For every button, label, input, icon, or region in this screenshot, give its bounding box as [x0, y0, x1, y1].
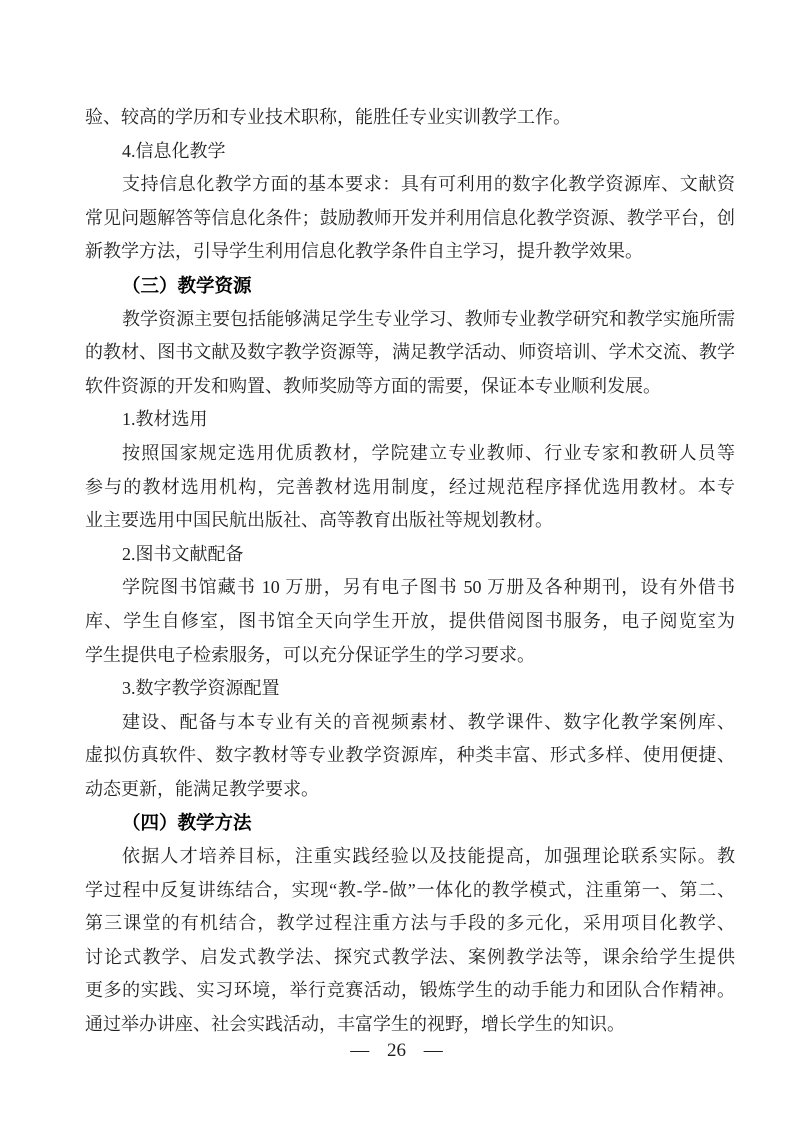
text-line: 学生提供电子检索服务，可以充分保证学生的学习要求。 [85, 639, 735, 673]
section-heading: （四）教学方法 [85, 806, 735, 840]
text-line: 验、较高的学历和专业技术职称，能胜任专业实训教学工作。 [85, 101, 735, 135]
text-line: 更多的实践、实习环境，举行竞赛活动，锻炼学生的动手能力和团队合作精神。 [85, 974, 735, 1008]
page-number: — 26 — [0, 1040, 793, 1062]
text-line: 按照国家规定选用优质教材，学院建立专业教师、行业专家和教研人员等 [85, 437, 735, 471]
document-body: 验、较高的学历和专业技术职称，能胜任专业实训教学工作。4.信息化教学支持信息化教… [85, 101, 735, 1042]
text-line: 动态更新，能满足教学要求。 [85, 773, 735, 807]
document-page: 验、较高的学历和专业技术职称，能胜任专业实训教学工作。4.信息化教学支持信息化教… [0, 0, 793, 1122]
text-line: 的教材、图书文献及数字教学资源等，满足教学活动、师资培训、学术交流、教学 [85, 336, 735, 370]
text-line: 学院图书馆藏书 10 万册，另有电子图书 50 万册及各种期刊，设有外借书 [85, 571, 735, 605]
text-line: 业主要选用中国民航出版社、高等教育出版社等规划教材。 [85, 504, 735, 538]
text-line: 库、学生自修室，图书馆全天向学生开放，提供借阅图书服务，电子阅览室为 [85, 605, 735, 639]
text-line: 支持信息化教学方面的基本要求：具有可利用的数字化教学资源库、文献资料、 [85, 168, 735, 202]
text-line: 软件资源的开发和购置、教师奖励等方面的需要，保证本专业顺利发展。 [85, 370, 735, 404]
text-line: 虚拟仿真软件、数字教材等专业教学资源库，种类丰富、形式多样、使用便捷、 [85, 739, 735, 773]
text-line: 第三课堂的有机结合，教学过程注重方法与手段的多元化，采用项目化教学、 [85, 907, 735, 941]
text-line: 常见问题解答等信息化条件；鼓励教师开发并利用信息化教学资源、教学平台，创 [85, 202, 735, 236]
text-line: 建设、配备与本专业有关的音视频素材、教学课件、数字化教学案例库、 [85, 706, 735, 740]
text-line: 新教学方法，引导学生利用信息化教学条件自主学习，提升教学效果。 [85, 235, 735, 269]
section-heading: （三）教学资源 [85, 269, 735, 303]
text-line: 2.图书文献配备 [85, 538, 735, 572]
text-line: 参与的教材选用机构，完善教材选用制度，经过规范程序择优选用教材。本专 [85, 471, 735, 505]
text-line: 讨论式教学、启发式教学法、探究式教学法、案例教学法等，课余给学生提供 [85, 941, 735, 975]
text-line: 4.信息化教学 [85, 135, 735, 169]
text-line: 3.数字教学资源配置 [85, 672, 735, 706]
text-line: 学过程中反复讲练结合，实现“教-学-做”一体化的教学模式，注重第一、第二、 [85, 874, 735, 908]
text-line: 通过举办讲座、社会实践活动，丰富学生的视野，增长学生的知识。 [85, 1008, 735, 1042]
text-line: 依据人才培养目标，注重实践经验以及技能提高，加强理论联系实际。教 [85, 840, 735, 874]
text-line: 1.教材选用 [85, 403, 735, 437]
text-line: 教学资源主要包括能够满足学生专业学习、教师专业教学研究和教学实施所需 [85, 303, 735, 337]
